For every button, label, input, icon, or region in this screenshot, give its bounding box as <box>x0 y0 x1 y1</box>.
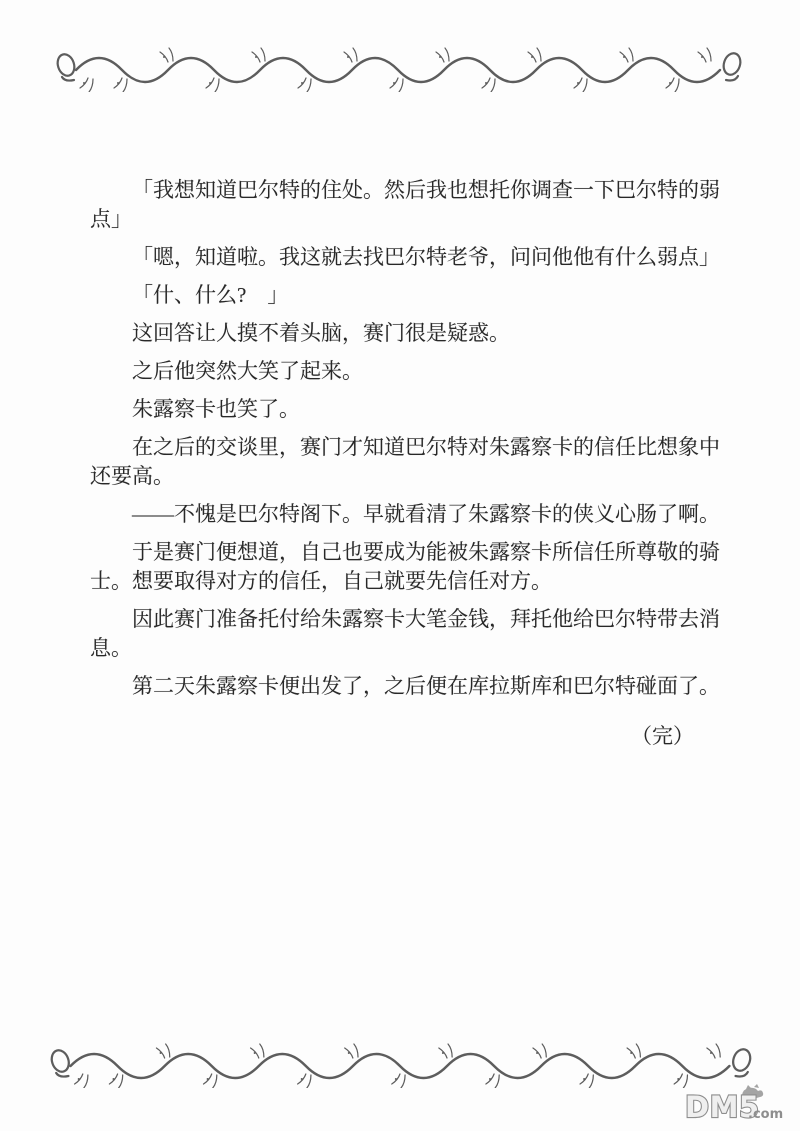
paragraph: ——不愧是巴尔特阁下。早就看清了朱露察卡的侠义心肠了啊。 <box>90 500 722 529</box>
bottom-flourish-border <box>48 1040 756 1088</box>
paragraph-line: 点」 <box>90 205 722 234</box>
paragraph: 「嗯，知道啦。我这就去找巴尔特老爷，问问他他有什么弱点」 <box>90 243 722 272</box>
paragraph: 因此赛门准备托付给朱露察卡大笔金钱，拜托他给巴尔特带去消息。 <box>90 605 722 663</box>
dm5-watermark: DM5 .com <box>684 1084 796 1126</box>
paragraph-line: ——不愧是巴尔特阁下。早就看清了朱露察卡的侠义心肠了啊。 <box>90 500 722 529</box>
paragraph-line: （完） <box>90 722 694 751</box>
paragraph-line: 第二天朱露察卡便出发了，之后便在库拉斯库和巴尔特碰面了。 <box>90 672 722 701</box>
paragraph-line: 息。 <box>90 634 722 663</box>
paragraph: 在之后的交谈里，赛门才知道巴尔特对朱露察卡的信任比想象中还要高。 <box>90 433 722 491</box>
paragraph-line: 于是赛门便想道，自己也要成为能被朱露察卡所信任所尊敬的骑 <box>90 538 722 567</box>
paragraph: 这回答让人摸不着头脑，赛门很是疑惑。 <box>90 319 722 348</box>
paragraph: 于是赛门便想道，自己也要成为能被朱露察卡所信任所尊敬的骑士。想要取得对方的信任，… <box>90 538 722 596</box>
paragraph-line: 在之后的交谈里，赛门才知道巴尔特对朱露察卡的信任比想象中 <box>90 433 722 462</box>
paragraph: 「什、什么? 」 <box>90 281 722 310</box>
paragraph: 朱露察卡也笑了。 <box>90 395 722 424</box>
paragraph-line: 「我想知道巴尔特的住处。然后我也想托你调查一下巴尔特的弱 <box>90 176 722 205</box>
paragraph-line: 朱露察卡也笑了。 <box>90 395 722 424</box>
paragraph-line: 士。想要取得对方的信任，自己就要先信任对方。 <box>90 567 722 596</box>
paragraph-line: 这回答让人摸不着头脑，赛门很是疑惑。 <box>90 319 722 348</box>
paragraph-line: 「什、什么? 」 <box>90 281 722 310</box>
paragraph-line: 「嗯，知道啦。我这就去找巴尔特老爷，问问他他有什么弱点」 <box>90 243 722 272</box>
novel-page: 「我想知道巴尔特的住处。然后我也想托你调查一下巴尔特的弱点」「嗯，知道啦。我这就… <box>0 0 800 1131</box>
paragraph-line: 因此赛门准备托付给朱露察卡大笔金钱，拜托他给巴尔特带去消 <box>90 605 722 634</box>
top-flourish-border <box>54 44 746 92</box>
paragraph: （完） <box>90 722 722 751</box>
paragraph-line: 还要高。 <box>90 462 722 491</box>
paragraph: 第二天朱露察卡便出发了，之后便在库拉斯库和巴尔特碰面了。 <box>90 672 722 701</box>
paragraph: 之后他突然大笑了起来。 <box>90 357 722 386</box>
novel-text: 「我想知道巴尔特的住处。然后我也想托你调查一下巴尔特的弱点」「嗯，知道啦。我这就… <box>90 176 722 760</box>
paragraph-line: 之后他突然大笑了起来。 <box>90 357 722 386</box>
dm5-logo-suffix: .com <box>748 1107 783 1122</box>
paragraph: 「我想知道巴尔特的住处。然后我也想托你调查一下巴尔特的弱点」 <box>90 176 722 234</box>
